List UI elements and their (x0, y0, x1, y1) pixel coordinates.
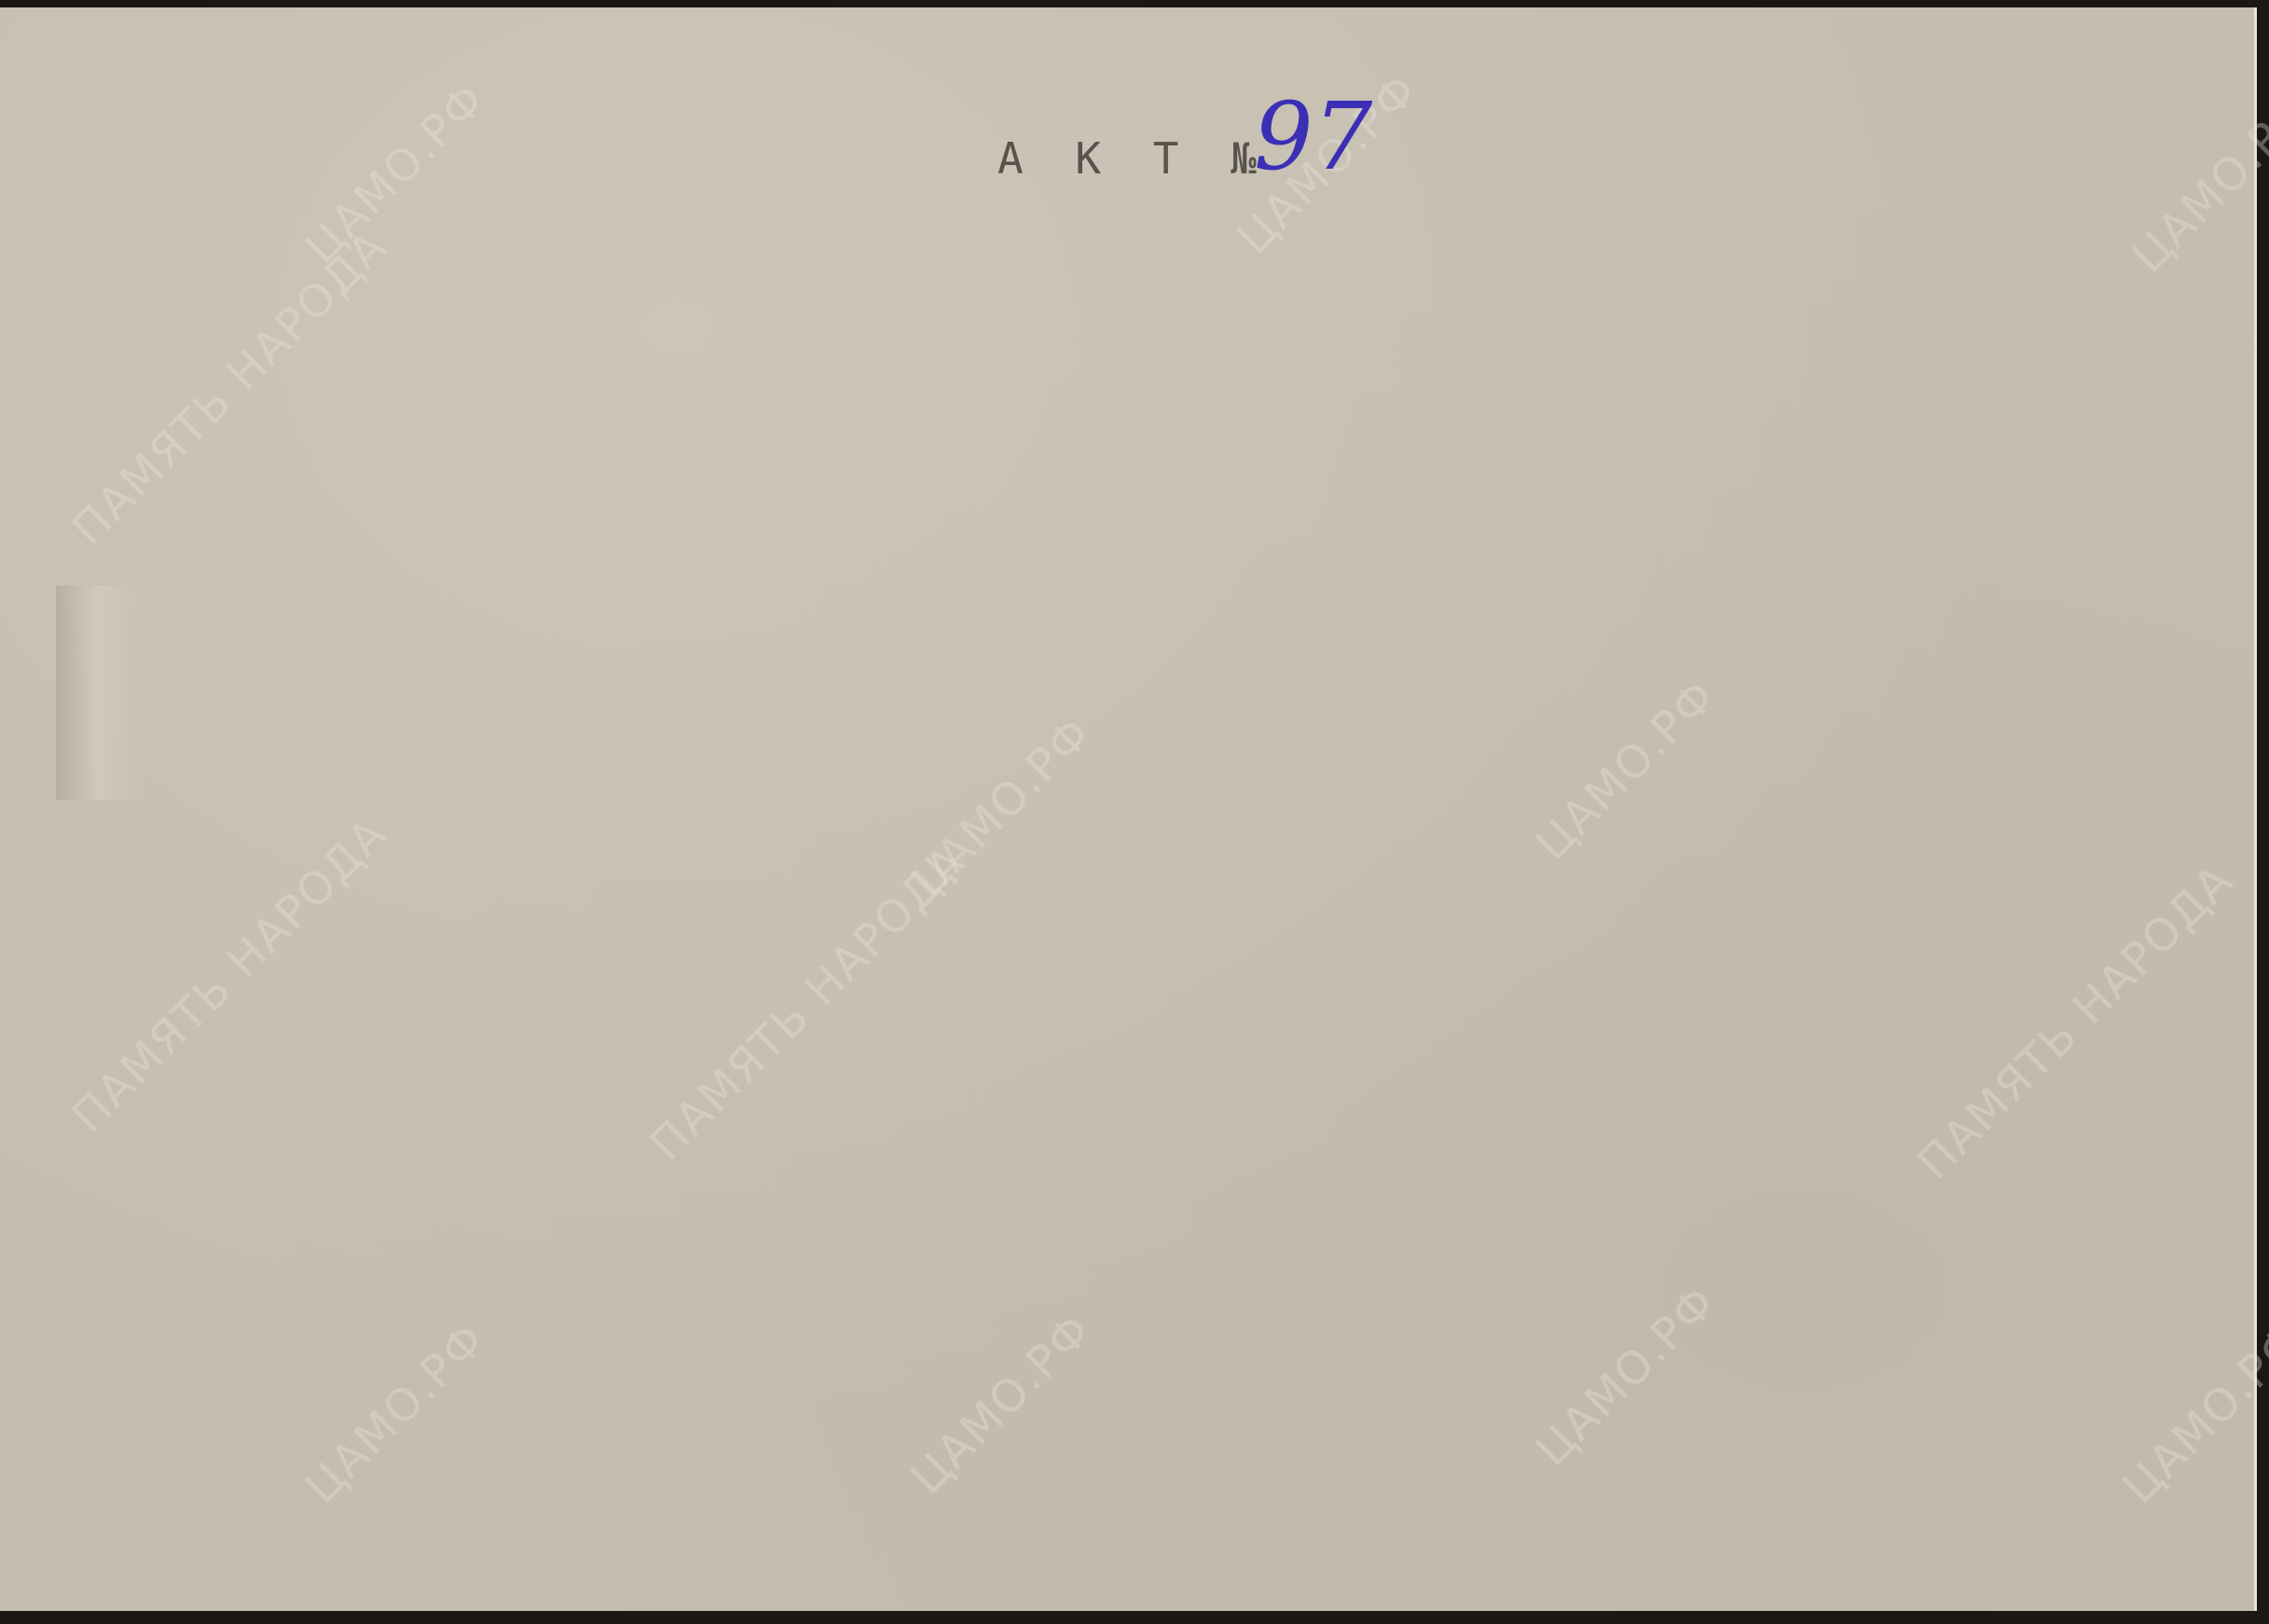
watermark: ЦАМО.РФ (296, 1313, 497, 1514)
watermark: ЦАМО.РФ (1526, 669, 1727, 871)
watermark: ЦАМО.РФ (2113, 1313, 2269, 1514)
watermark: ЦАМО.РФ (901, 1303, 1103, 1505)
watermark: ЦАМО.РФ (2123, 82, 2269, 283)
watermark: ПАМЯТЬ НАРОДА (62, 220, 398, 556)
watermark: ЦАМО.РФ (1526, 1275, 1727, 1477)
watermark: ПАМЯТЬ НАРОДА (1908, 854, 2244, 1190)
paper-fold-shadow (56, 585, 140, 800)
act-number-handwritten: 97 (1254, 82, 1372, 191)
act-title: А К Т № (997, 133, 1270, 184)
watermark: ПАМЯТЬ НАРОДА (640, 835, 976, 1171)
watermark: ЦАМО.РФ (296, 73, 497, 274)
document-paper: ЦАМО.РФ ПАМЯТЬ НАРОДА ЦАМО.РФ ЦАМО.РФ ЦА… (0, 7, 2257, 1611)
watermark: ПАМЯТЬ НАРОДА (62, 807, 398, 1143)
